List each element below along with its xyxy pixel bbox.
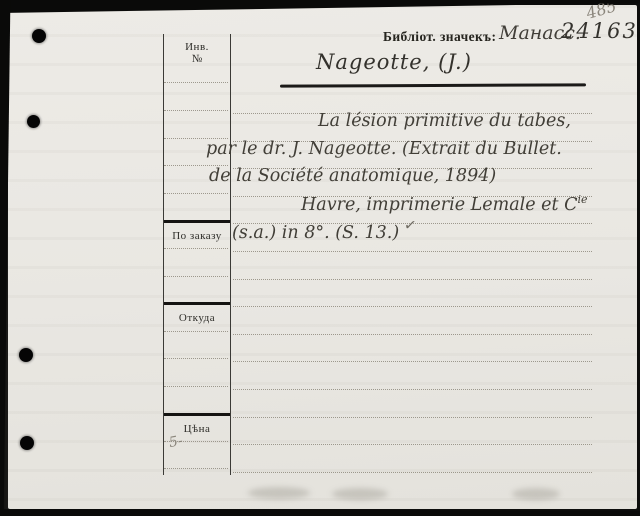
ordered-by-label: По заказу (164, 223, 230, 242)
punch-hole (27, 115, 40, 128)
imprint-text: Havre, imprimerie Lemale et C (301, 195, 577, 215)
statement-line: par le dr. J. Nageotte. (Extrait du Bull… (206, 139, 562, 159)
scanned-photo: Инв. № По заказу Откуда Цѣна Библіот. зн… (0, 0, 640, 516)
smudge (248, 487, 310, 499)
punch-hole (20, 436, 34, 450)
ruled-line (233, 251, 592, 252)
accession-number-handwritten: 24163 (561, 19, 638, 43)
ruled-line (233, 306, 592, 307)
origin-label: Откуда (164, 305, 230, 324)
section-inventory-number: Инв. № (164, 34, 230, 220)
imprint-superscript: ie (577, 193, 587, 206)
ruled-line (233, 279, 592, 280)
author-heading: Nageotte, (J.) (316, 50, 472, 74)
ruled-line (233, 417, 592, 418)
smudge (332, 488, 388, 500)
smudge (512, 488, 560, 500)
punch-hole (32, 29, 46, 43)
ruled-line (233, 389, 592, 390)
section-ordered-by: По заказу (164, 220, 230, 302)
ruled-line (233, 361, 592, 362)
ruled-line (233, 334, 592, 335)
ruled-lines-main (233, 0, 592, 504)
price-label: Цѣна (164, 416, 230, 435)
ruled-line (233, 444, 592, 445)
form-column: Инв. № По заказу Откуда Цѣна (163, 34, 231, 475)
inventory-label: Инв. (164, 34, 230, 53)
price-pencil-mark: 5- (168, 433, 184, 451)
punch-hole (19, 348, 33, 362)
library-mark-printed-label: Библіот. значекъ: (383, 29, 496, 45)
section-origin: Откуда (164, 302, 230, 413)
checkmark: ✓ (403, 215, 418, 235)
format-line: (s.a.) in 8°. (S. 13.) (232, 223, 399, 243)
imprint-line: Havre, imprimerie Lemale et Cie (301, 193, 588, 215)
ruled-line (233, 472, 592, 473)
inventory-number-sign: № (164, 53, 230, 65)
source-line: de la Société anatomique, 1894) (209, 166, 496, 186)
title-line: La lésion primitive du tabes, (318, 111, 571, 131)
